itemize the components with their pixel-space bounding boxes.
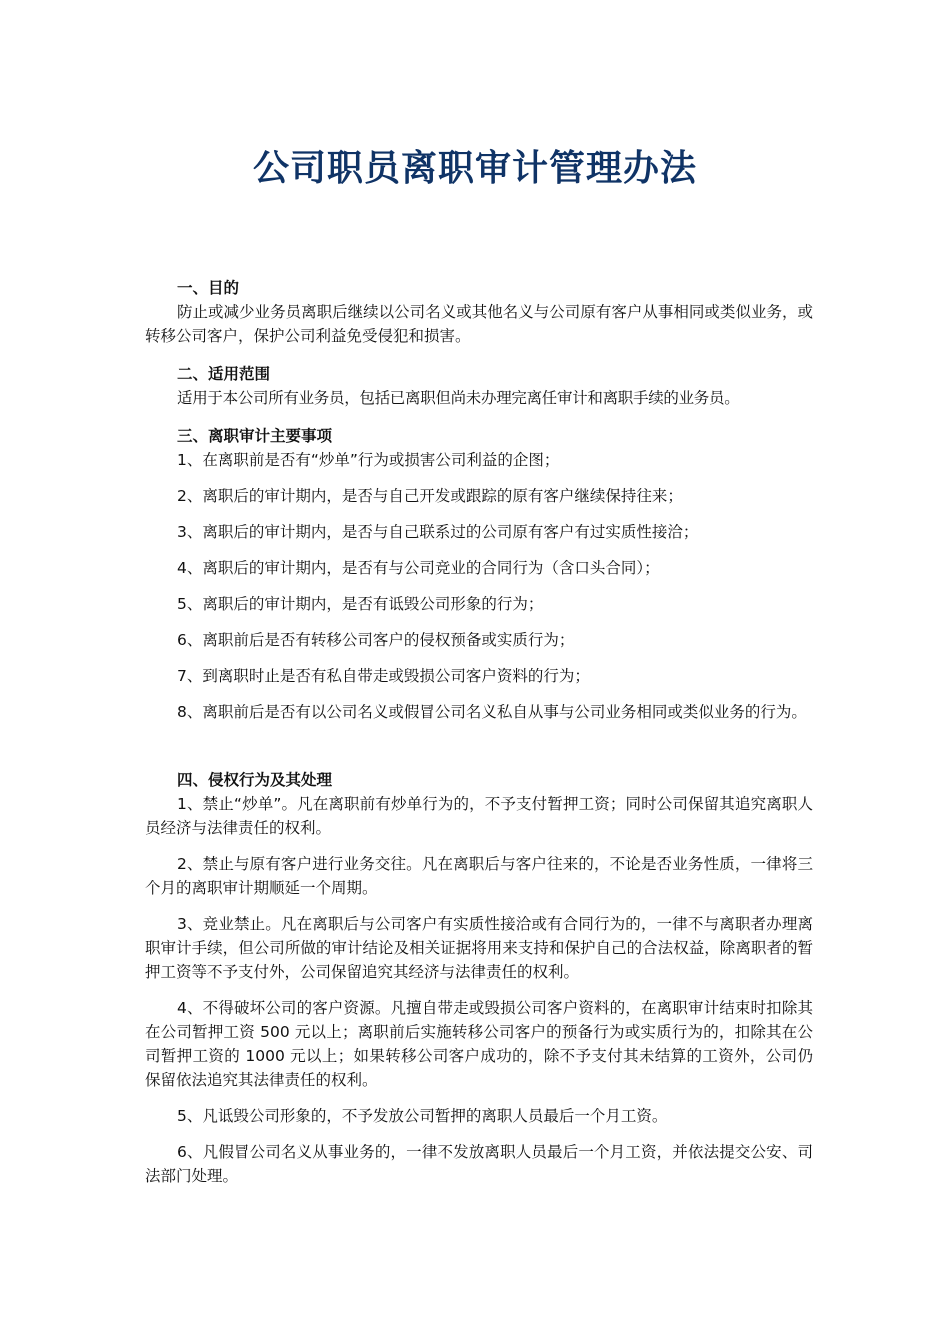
paragraph: 适用于本公司所有业务员，包括已离职但尚未办理完离任审计和离职手续的业务员。 <box>145 386 813 410</box>
list-item: 4、离职后的审计期内，是否有与公司竞业的合同行为（含口头合同）； <box>145 556 813 580</box>
paragraph: 5、凡诋毁公司形象的，不予发放公司暂押的离职人员最后一个月工资。 <box>145 1104 813 1128</box>
section-violations: 四、侵权行为及其处理 1、禁止“炒单”。凡在离职前有炒单行为的，不予支付暂押工资… <box>145 768 813 1188</box>
list-item: 5、离职后的审计期内，是否有诋毁公司形象的行为； <box>145 592 813 616</box>
section-purpose: 一、目的 防止或减少业务员离职后继续以公司名义或其他名义与公司原有客户从事相同或… <box>145 276 813 348</box>
paragraph: 4、不得破坏公司的客户资源。凡擅自带走或毁损公司客户资料的，在离职审计结束时扣除… <box>145 996 813 1092</box>
section-scope: 二、适用范围 适用于本公司所有业务员，包括已离职但尚未办理完离任审计和离职手续的… <box>145 362 813 410</box>
document-title: 公司职员离职审计管理办法 <box>0 140 950 191</box>
list-item: 1、在离职前是否有“炒单”行为或损害公司利益的企图； <box>145 448 813 472</box>
paragraph: 6、凡假冒公司名义从事业务的，一律不发放离职人员最后一个月工资，并依法提交公安、… <box>145 1140 813 1188</box>
section-heading: 二、适用范围 <box>145 362 813 386</box>
list-item: 6、离职前后是否有转移公司客户的侵权预备或实质行为； <box>145 628 813 652</box>
paragraph: 3、竞业禁止。凡在离职后与公司客户有实质性接洽或有合同行为的，一律不与离职者办理… <box>145 912 813 984</box>
list-item: 7、到离职时止是否有私自带走或毁损公司客户资料的行为； <box>145 664 813 688</box>
section-heading: 四、侵权行为及其处理 <box>145 768 813 792</box>
section-heading: 三、离职审计主要事项 <box>145 424 813 448</box>
paragraph: 防止或减少业务员离职后继续以公司名义或其他名义与公司原有客户从事相同或类似业务，… <box>145 300 813 348</box>
list-item: 3、离职后的审计期内，是否与自己联系过的公司原有客户有过实质性接洽； <box>145 520 813 544</box>
paragraph: 2、禁止与原有客户进行业务交往。凡在离职后与客户往来的，不论是否业务性质，一律将… <box>145 852 813 900</box>
paragraph: 1、禁止“炒单”。凡在离职前有炒单行为的，不予支付暂押工资；同时公司保留其追究离… <box>145 792 813 840</box>
list-item: 8、离职前后是否有以公司名义或假冒公司名义私自从事与公司业务相同或类似业务的行为… <box>145 700 813 724</box>
section-audit-items: 三、离职审计主要事项 1、在离职前是否有“炒单”行为或损害公司利益的企图； 2、… <box>145 424 813 724</box>
list-item: 2、离职后的审计期内，是否与自己开发或跟踪的原有客户继续保持往来； <box>145 484 813 508</box>
section-heading: 一、目的 <box>145 276 813 300</box>
